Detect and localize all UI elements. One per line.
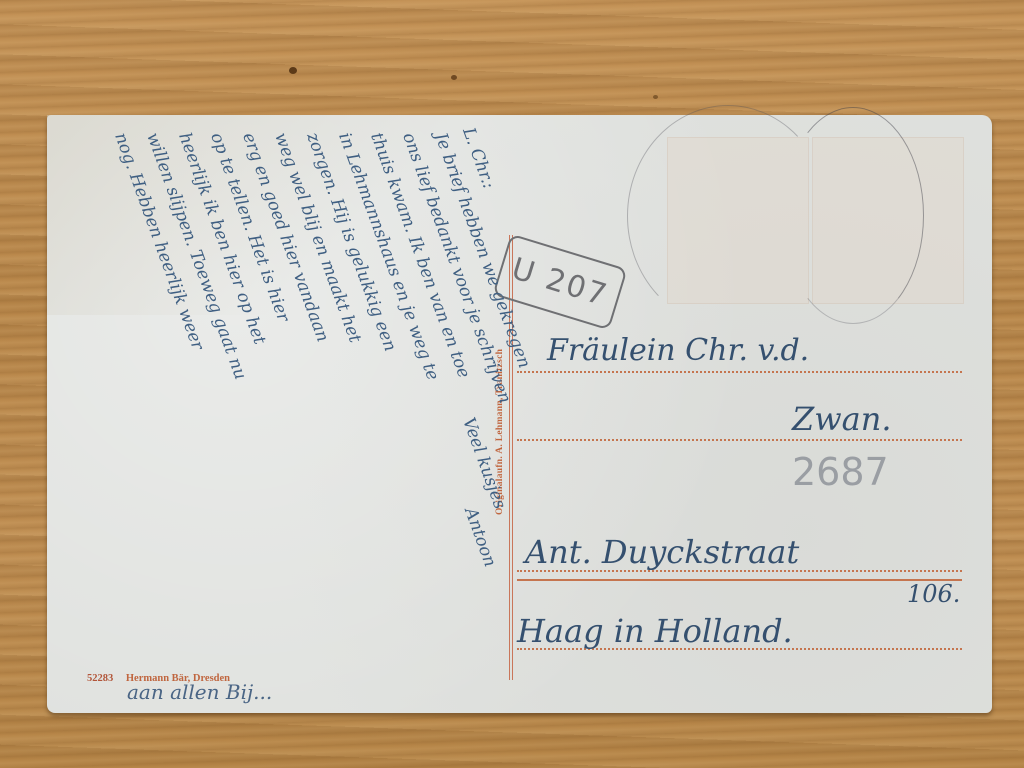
wood-knot: [653, 95, 658, 99]
wood-knot: [451, 75, 457, 80]
postmark-circle: [782, 107, 924, 324]
address-recipient: Fräulein Chr. v.d.: [547, 333, 809, 368]
address-line-3-solid: [517, 579, 962, 581]
pencil-inventory-number: 2687: [792, 450, 889, 494]
wood-knot: [289, 67, 297, 74]
address-surname: Zwan.: [792, 400, 891, 438]
message-footer-line: aan allen Bij...: [127, 680, 272, 704]
printer-number: 52283: [87, 673, 113, 684]
address-line-2: [517, 439, 962, 441]
address-house-number: 106.: [907, 580, 960, 608]
address-line-1: [517, 371, 962, 373]
postcard: Originalaufn. A. Lehmann, Tranitzsch 522…: [47, 115, 992, 713]
address-city: Haag in Holland.: [517, 612, 793, 650]
address-street: Ant. Duyckstraat: [525, 533, 799, 571]
